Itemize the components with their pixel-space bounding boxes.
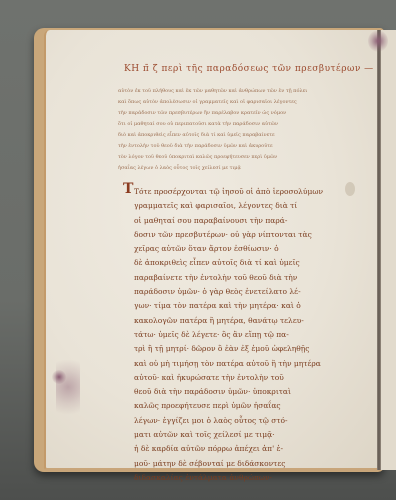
text-line: αὐτοῦ· καὶ ἠκυρώσατε τὴν ἐντολὴν τοῦ — [134, 371, 354, 385]
text-line: οἱ μαθηταί σου παραβαίνουσι τὴν παρά- — [134, 214, 354, 228]
text-line: θεοῦ διὰ τὴν παράδοσιν ὑμῶν· ὑποκριταὶ — [134, 385, 354, 399]
text-line: ματι αὐτῶν καὶ τοῖς χείλεσί με τιμᾷ· — [134, 428, 354, 442]
text-line: ἡ δὲ καρδία αὐτῶν πόρρω ἀπέχει ἀπ' ἐ- — [134, 442, 354, 456]
text-line: κακολογῶν πατέρα ἢ μητέρα, θανάτῳ τελευ- — [134, 314, 354, 328]
decorated-initial: Τ — [123, 181, 133, 197]
commentary-line: καὶ ὅπως αὐτὸν ἀπολέσωσιν οἱ γραμματεῖς … — [118, 97, 354, 108]
text-line: γων· τίμα τὸν πατέρα καὶ τὴν μητέρα· καὶ… — [134, 299, 354, 313]
commentary-line: τὴν παράδοσιν τῶν πρεσβυτέρων ἣν παρέλαβ… — [118, 108, 354, 119]
commentary-block: αὐτὸν ἐκ τοῦ πλήθους καὶ ἐκ τῶν μαθητῶν … — [118, 86, 354, 174]
commentary-line: αὐτὸν ἐκ τοῦ πλήθους καὶ ἐκ τῶν μαθητῶν … — [118, 86, 354, 97]
text-line: χεῖρας αὐτῶν ὅταν ἄρτον ἐσθίωσιν· ὁ — [134, 242, 354, 256]
text-line: παράδοσιν ὑμῶν· ὁ γὰρ θεὸς ἐνετείλατο λέ… — [134, 285, 354, 299]
facing-page-edge — [381, 30, 396, 470]
stain-margin-2 — [56, 352, 80, 422]
text-line: καλῶς προεφήτευσε περὶ ὑμῶν ἠσαΐας — [134, 399, 354, 413]
commentary-line: τὴν ἐντολὴν τοῦ θεοῦ διὰ τὴν παράδοσιν ὑ… — [118, 141, 354, 152]
text-line: καὶ οὐ μὴ τιμήσῃ τὸν πατέρα αὐτοῦ ἢ τὴν … — [134, 357, 354, 371]
main-text-block: Τότε προσέρχονται τῷ ἰησοῦ οἱ ἀπὸ ἱεροσο… — [134, 185, 354, 485]
text-line: διδασκαλίας ἐντάλματα ἀνθρώπων· — [134, 471, 354, 485]
commentary-line: ἠσαΐας λέγων ὁ λαὸς οὗτος τοῖς χείλεσί μ… — [118, 163, 354, 174]
text-line: δὲ ἀποκριθεὶς εἶπεν αὐτοῖς διὰ τί καὶ ὑμ… — [134, 256, 354, 270]
rubric-heading: ΚΗ π̄ ζ̄ περὶ τῆς παραδόσεως τῶν πρεσβυτ… — [124, 64, 364, 74]
commentary-line: διὸ καὶ ἀποκριθεὶς εἶπεν αὐτοῖς διὰ τί κ… — [118, 130, 354, 141]
text-line: Τότε προσέρχονται τῷ ἰησοῦ οἱ ἀπὸ ἱεροσο… — [134, 185, 354, 199]
text-line: μοῦ· μάτην δὲ σέβονταί με διδάσκοντες — [134, 457, 354, 471]
text-line: γραμματεῖς καὶ φαρισαῖοι, λέγοντες διὰ τ… — [134, 199, 354, 213]
commentary-line: ὅτι οἱ μαθηταί σου οὐ περιπατοῦσι κατὰ τ… — [118, 119, 354, 130]
text-line: παραβαίνετε τὴν ἐντολὴν τοῦ θεοῦ διὰ τὴν — [134, 271, 354, 285]
text-line: τάτω· ὑμεῖς δὲ λέγετε· ὃς ἂν εἴπῃ τῷ πα- — [134, 328, 354, 342]
text-line: δοσιν τῶν πρεσβυτέρων· οὐ γὰρ νίπτονται … — [134, 228, 354, 242]
text-line: λέγων· ἐγγίζει μοι ὁ λαὸς οὗτος τῷ στό- — [134, 414, 354, 428]
commentary-line: τὸν λόγον τοῦ θεοῦ ὑποκριταὶ καλῶς προεφ… — [118, 152, 354, 163]
stain-top-right — [368, 30, 388, 52]
text-line: τρὶ ἢ τῇ μητρί· δῶρον ὃ ἐὰν ἐξ ἐμοῦ ὠφελ… — [134, 342, 354, 356]
